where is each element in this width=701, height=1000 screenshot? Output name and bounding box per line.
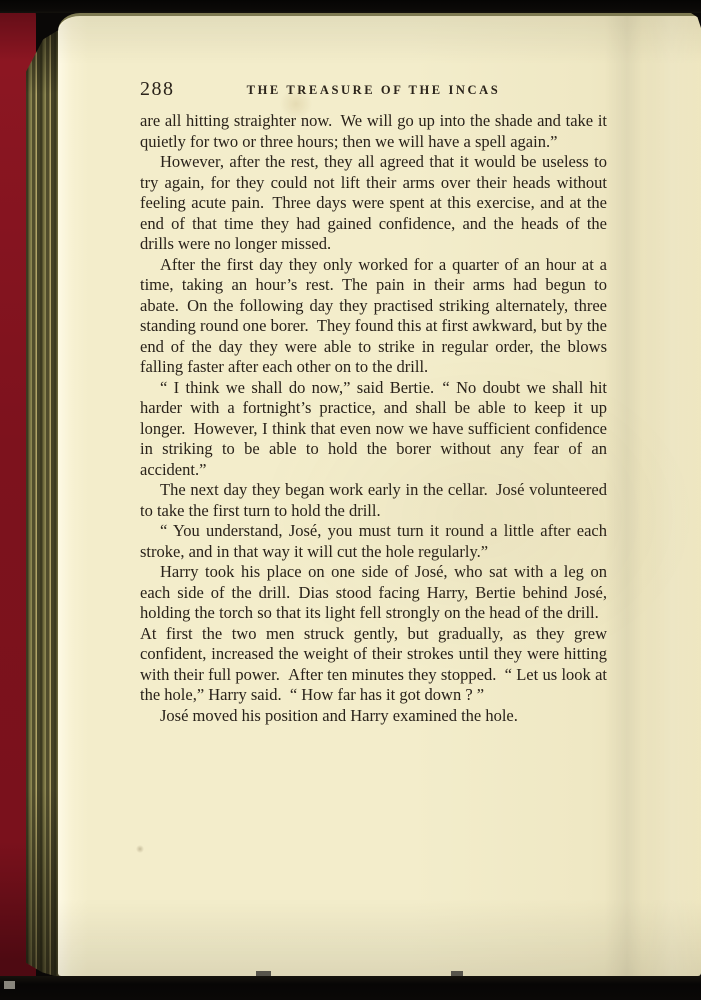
running-header: 288 THE TREASURE OF THE INCAS xyxy=(140,78,607,102)
paragraph: “ I think we shall do now,” said Bertie.… xyxy=(140,378,607,481)
paragraph: “ You understand, José, you must turn it… xyxy=(140,521,607,562)
paragraph: are all hitting straighter now. We will … xyxy=(140,111,607,152)
scan-artifact xyxy=(451,971,463,976)
paragraph: José moved his position and Harry examin… xyxy=(140,706,607,727)
scanned-book-photo: 288 THE TREASURE OF THE INCAS are all hi… xyxy=(0,0,701,1000)
paragraph: After the first day they only worked for… xyxy=(140,255,607,378)
page-edge-stack xyxy=(26,28,62,978)
black-border-top xyxy=(0,0,701,13)
black-border-bottom xyxy=(0,976,701,1000)
paragraph: The next day they began work early in th… xyxy=(140,480,607,521)
page-body: are all hitting straighter now. We will … xyxy=(140,111,607,726)
scan-artifact xyxy=(4,981,15,989)
scan-artifact xyxy=(256,971,271,976)
running-title: THE TREASURE OF THE INCAS xyxy=(140,83,607,98)
paragraph: However, after the rest, they all agreed… xyxy=(140,152,607,255)
paragraph: Harry took his place on one side of José… xyxy=(140,562,607,706)
book-page: 288 THE TREASURE OF THE INCAS are all hi… xyxy=(58,13,701,976)
